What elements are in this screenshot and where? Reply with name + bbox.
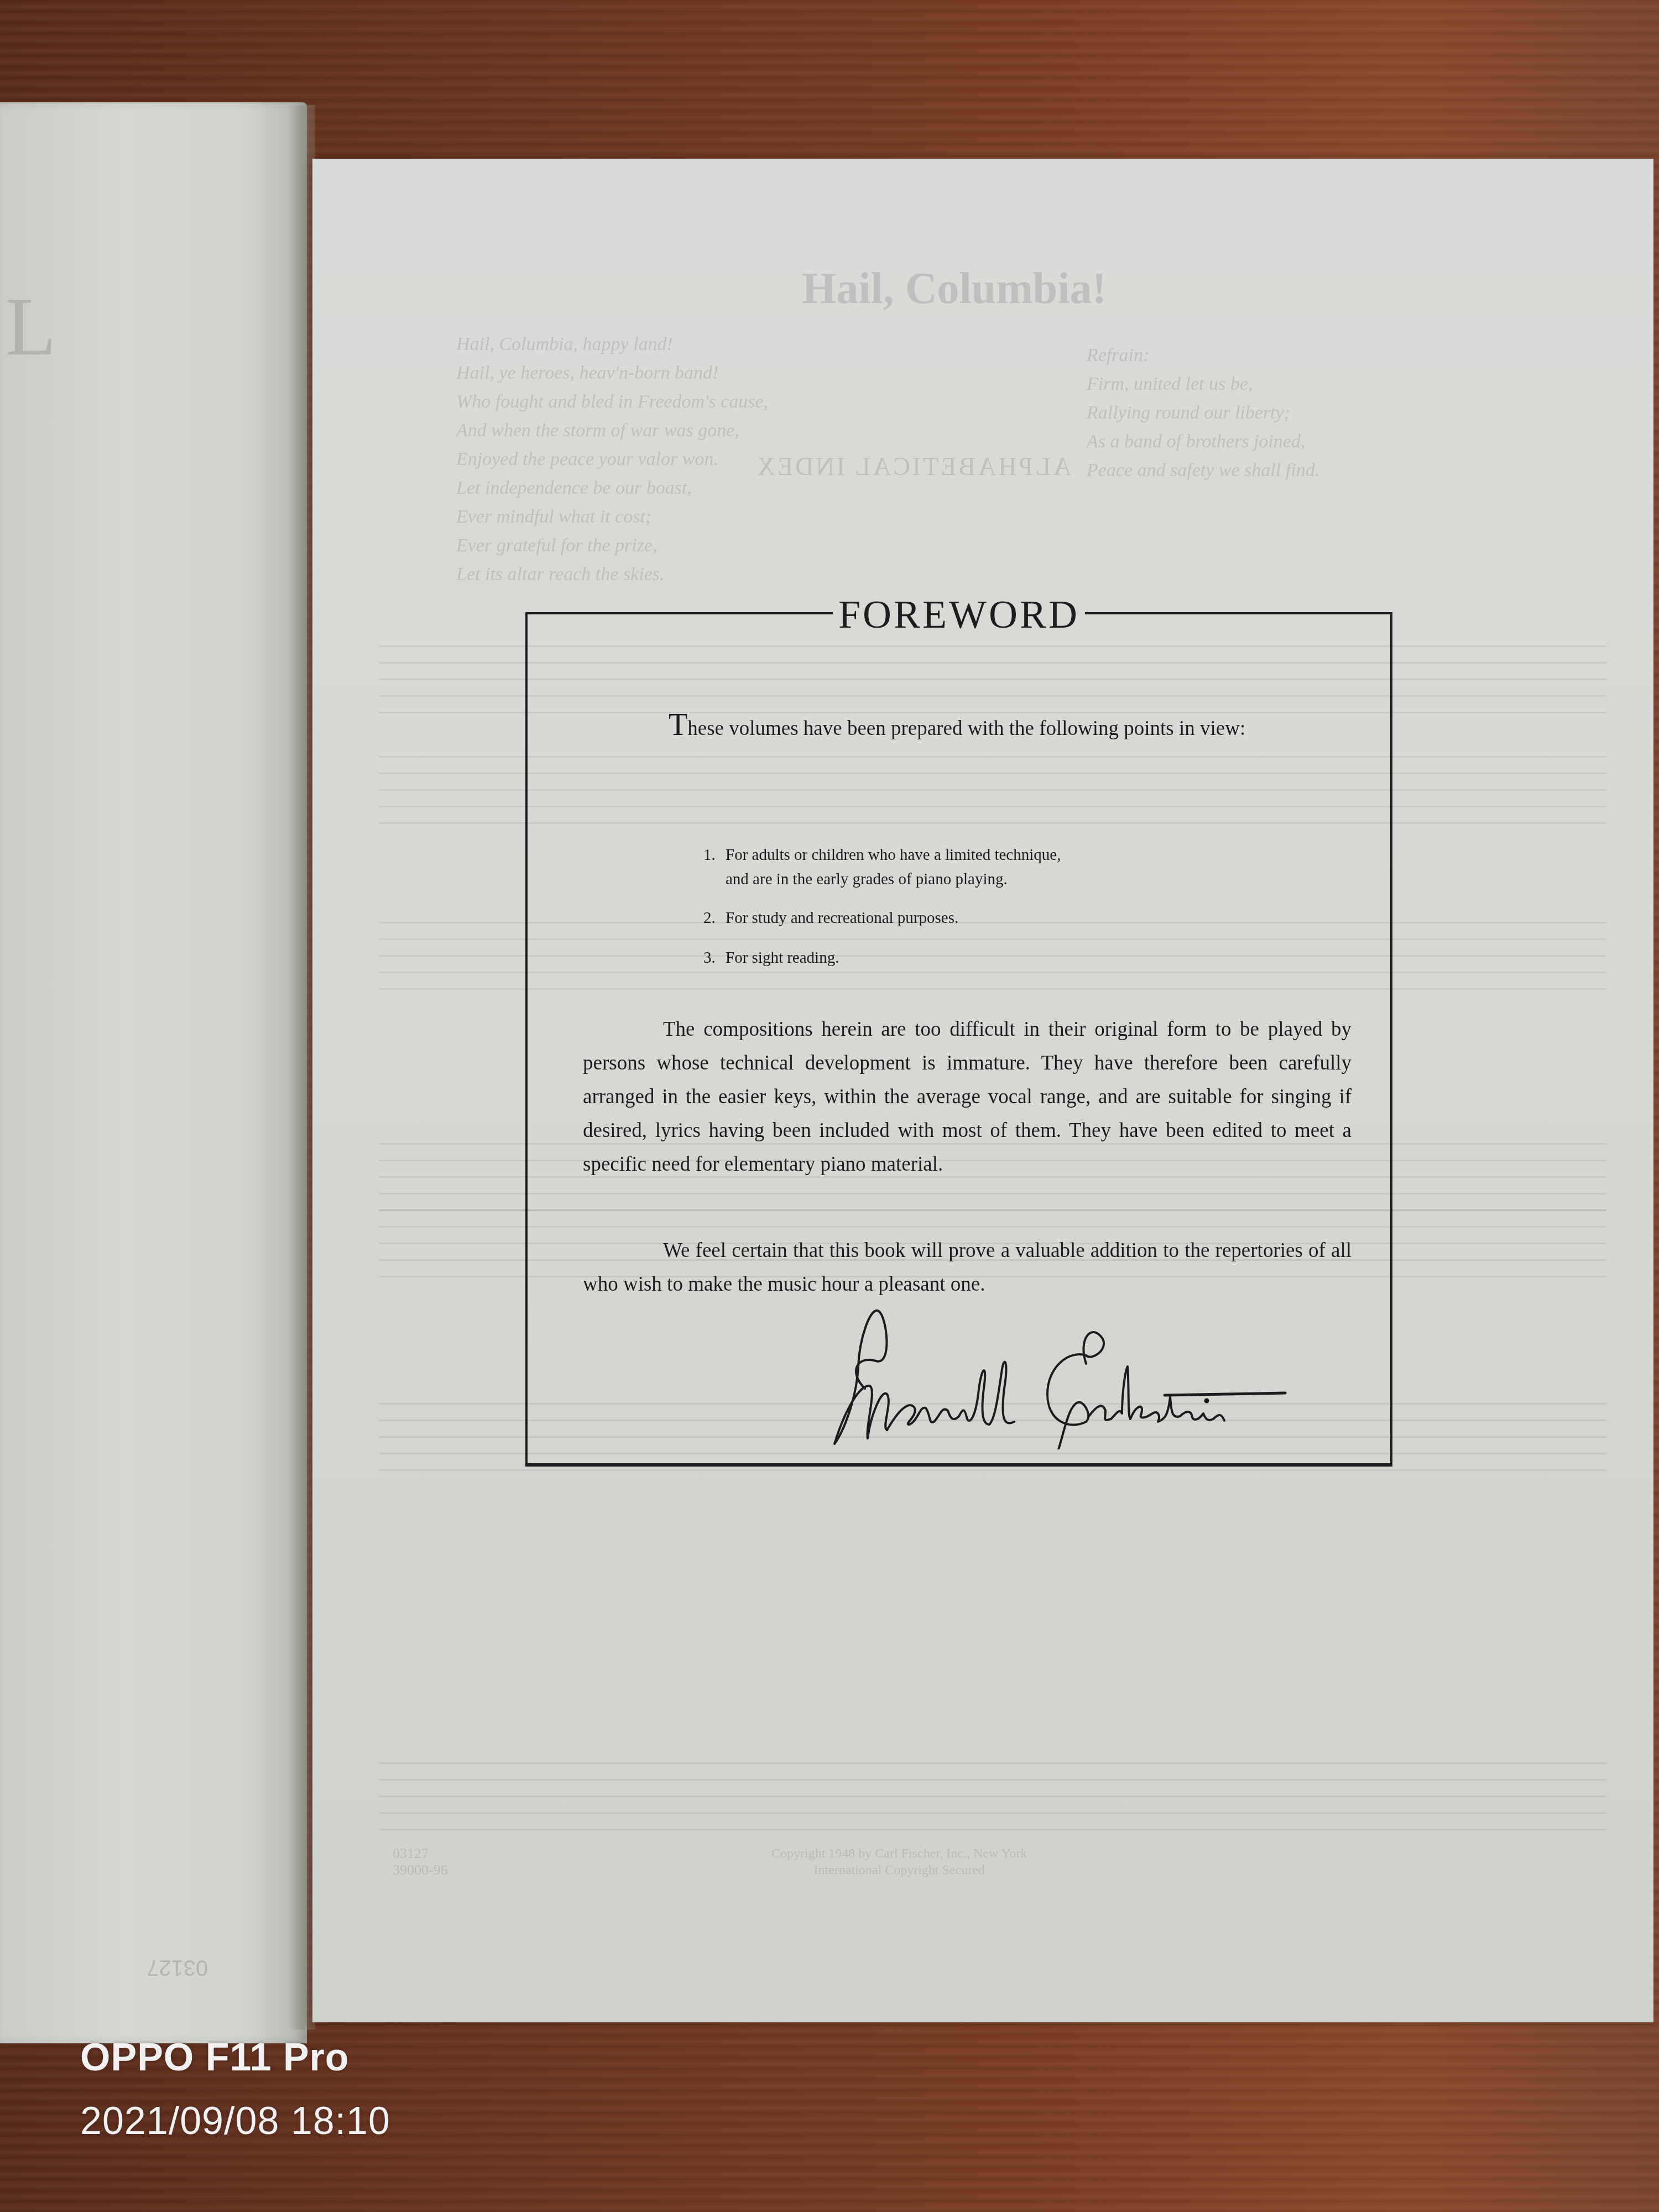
bleed-copyright: Copyright 1948 by Carl Fischer, Inc., Ne…	[771, 1845, 1027, 1879]
point-item: 3.For sight reading.	[703, 944, 1061, 972]
right-page: Hail, Columbia! Hail, Columbia, happy la…	[312, 159, 1653, 2022]
bleed-plate-code: 03127 39000-96	[393, 1845, 448, 1879]
foreword-paragraph-3: We feel certain that this book will prov…	[583, 1234, 1352, 1301]
foreword-points-list: 1.For adults or children who have a limi…	[703, 841, 1061, 984]
left-page-bleed-letter: L	[6, 279, 56, 374]
point-number: 2.	[703, 904, 726, 932]
camera-device-label: OPPO F11 Pro	[80, 2035, 349, 2079]
bleed-music-staff	[379, 1762, 1606, 1834]
camera-timestamp: 2021/09/08 18:10	[80, 2099, 390, 2143]
point-text: For sight reading.	[726, 949, 839, 967]
point-text: For adults or children who have a limite…	[726, 846, 1061, 864]
foreword-intro: These volumes have been prepared with th…	[583, 708, 1352, 745]
foreword-box: FOREWORD These volumes have been prepare…	[525, 612, 1392, 1467]
point-text: For study and recreational purposes.	[726, 909, 958, 927]
intro-text: hese volumes have been prepared with the…	[687, 717, 1245, 740]
point-item: 2.For study and recreational purposes.	[703, 904, 1061, 932]
point-number: 1.	[703, 841, 726, 869]
intro-dropcap: T	[669, 708, 687, 742]
bleed-index-heading: ALPHABETICAL INDEX	[755, 452, 1071, 481]
left-page: L 03127	[0, 102, 307, 2043]
signature-maxwell-eckstein	[826, 1306, 1291, 1449]
foreword-title: FOREWORD	[833, 590, 1085, 639]
point-text-continuation: and are in the early grades of piano pla…	[703, 867, 1061, 892]
left-page-code: 03127	[147, 1955, 208, 1980]
bleed-refrain: Refrain: Firm, united let us be, Rallyin…	[1087, 341, 1319, 485]
point-number: 3.	[703, 944, 726, 972]
bleed-title: Hail, Columbia!	[802, 264, 1107, 314]
bleed-verse: Hail, Columbia, happy land! Hail, ye her…	[456, 330, 768, 589]
book-gutter	[288, 105, 315, 2030]
point-item: 1.For adults or children who have a limi…	[703, 841, 1061, 892]
foreword-paragraph-2: The compositions herein are too difficul…	[583, 1013, 1352, 1181]
